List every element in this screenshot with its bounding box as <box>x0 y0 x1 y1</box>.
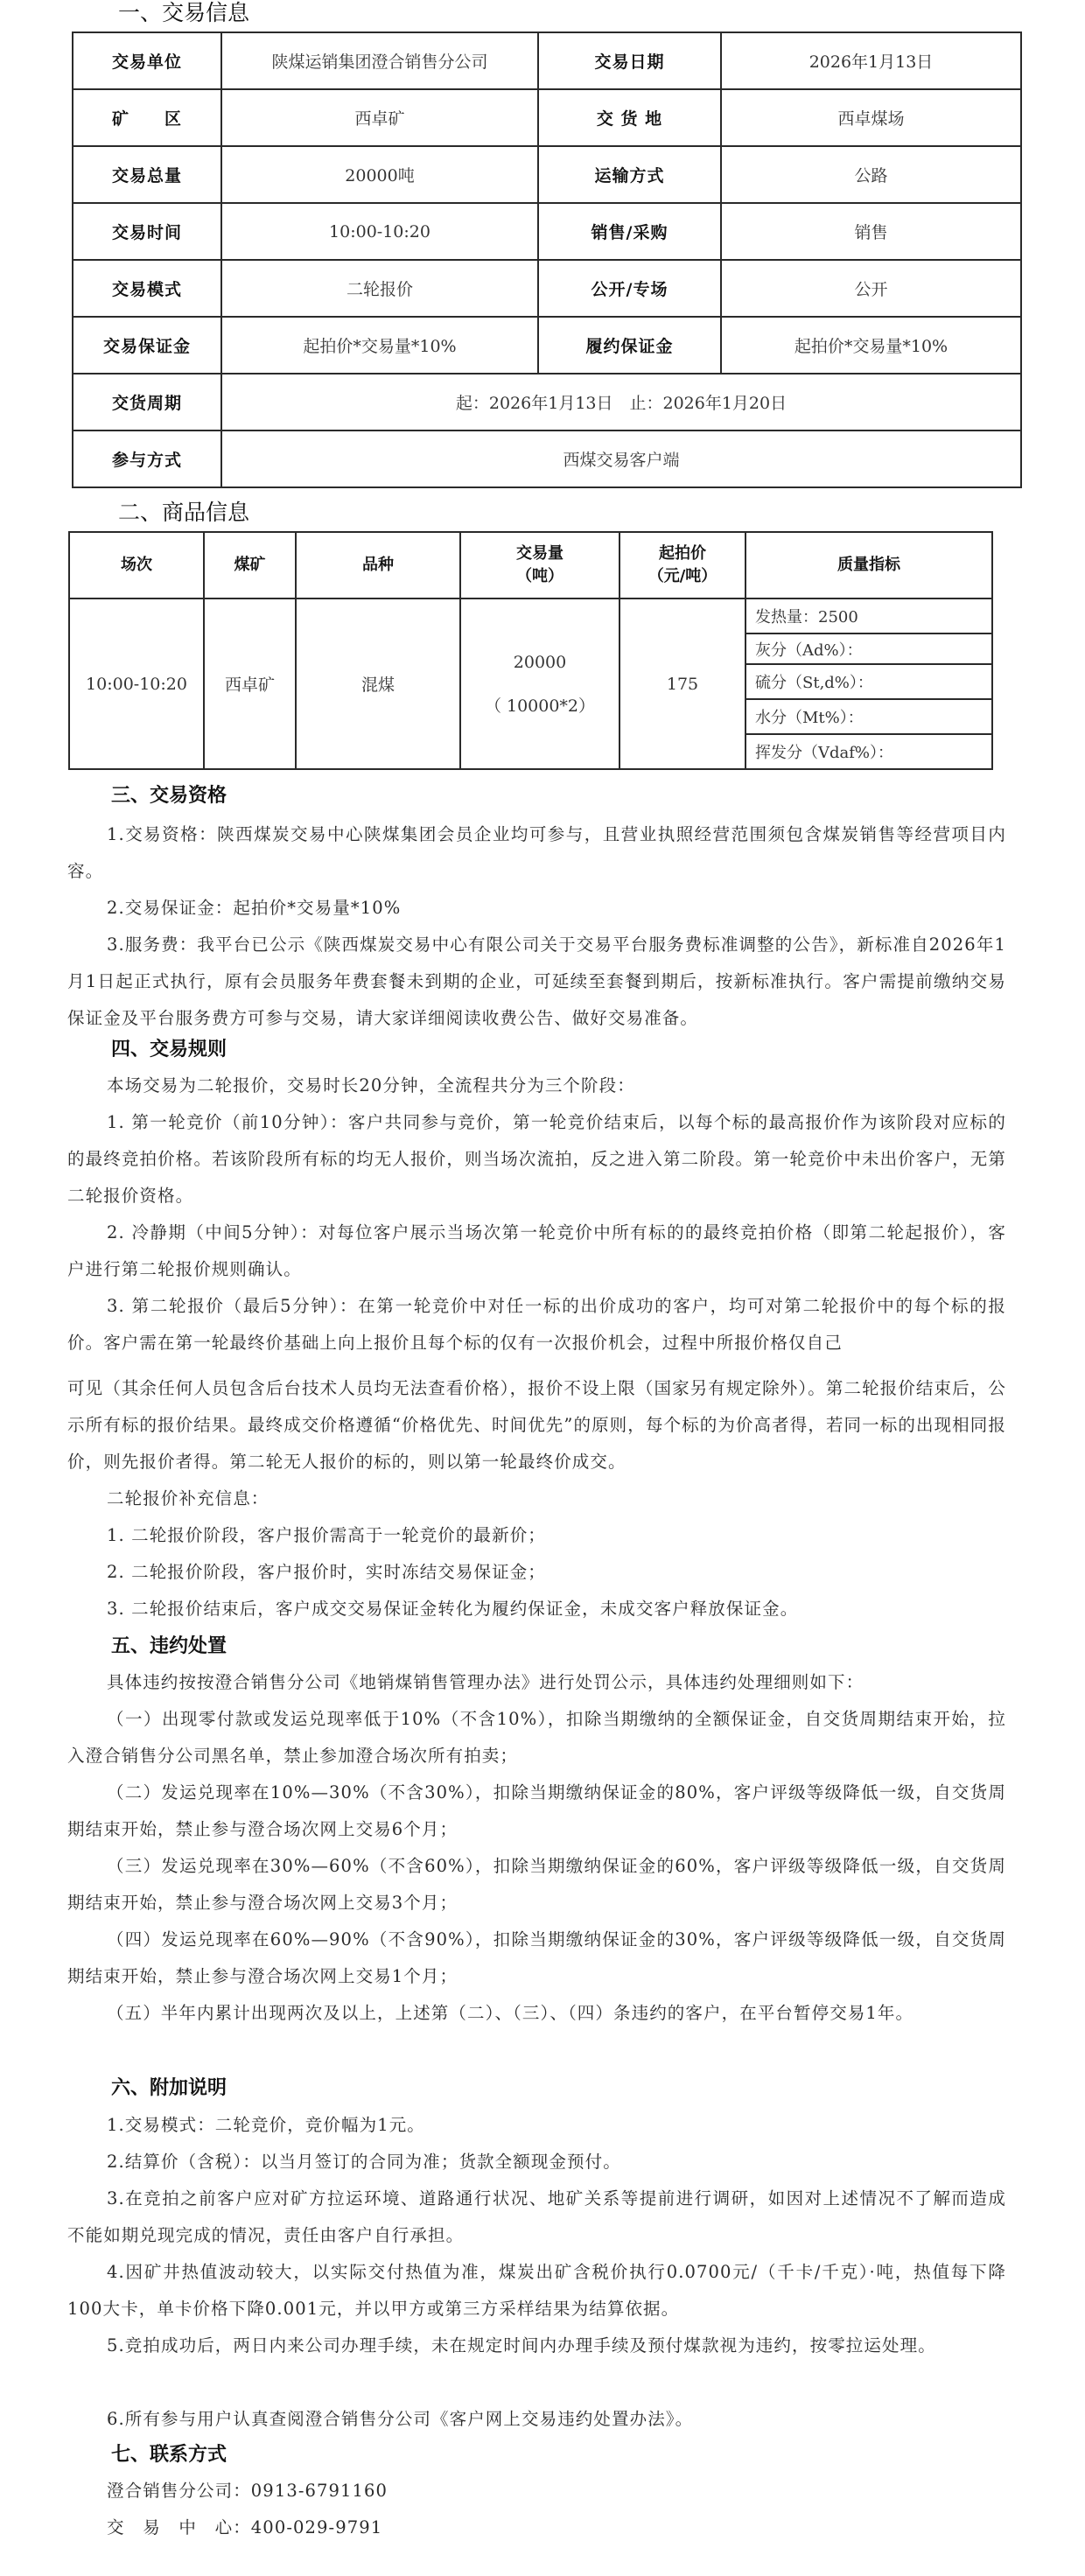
contact-trade-center-phone: 交 易 中 心：400-029-9791 <box>67 2509 1006 2546</box>
section-title-qualification: 三、交易资格 <box>111 784 227 808</box>
section-title-goods-info: 二、商品信息 <box>118 500 249 526</box>
header-start-price-label: 起拍价 <box>620 542 745 565</box>
quality-moisture: 水分（Mt%）： <box>745 699 992 734</box>
label-performance-deposit: 履约保证金 <box>538 317 721 374</box>
rules-stage-3-part-a: 3. 第二轮报价（最后5分钟）：在第一轮竞价中对任一标的出价成功的客户，均可对第… <box>67 1288 1006 1361</box>
label-trade-mode: 交易模式 <box>73 260 221 317</box>
header-volume-unit: （吨） <box>461 565 619 588</box>
header-session: 场次 <box>69 532 204 598</box>
label-transport-mode: 运输方式 <box>538 146 721 203</box>
rules-stage-1: 1. 第一轮竞价（前10分钟）：客户共同参与竞价，第一轮竞价结束后，以每个标的最… <box>67 1104 1006 1214</box>
breach-item-1: （一）出现零付款或发运兑现率低于10%（不含10%），扣除当期缴纳的全额保证金，… <box>67 1701 1006 1774</box>
section-title-trade-info: 一、交易信息 <box>118 0 249 26</box>
cell-session: 10:00-10:20 <box>69 598 204 769</box>
rules-intro: 本场交易为二轮报价，交易时长20分钟，全流程共分为三个阶段： <box>67 1067 1006 1104</box>
breach-item-4: （四）发运兑现率在60%—90%（不含90%），扣除当期缴纳保证金的30%，客户… <box>67 1921 1006 1995</box>
label-delivery-place: 交 货 地 <box>538 89 721 146</box>
quality-volatile: 挥发分（Vdaf%）： <box>745 734 992 769</box>
value-transport-mode: 公路 <box>721 146 1021 203</box>
header-start-price-unit: （元/吨） <box>620 565 745 588</box>
value-trade-mode: 二轮报价 <box>221 260 538 317</box>
table-row: 交易时间 10:00-10:20 销售/采购 销售 <box>73 203 1021 260</box>
header-start-price: 起拍价 （元/吨） <box>619 532 745 598</box>
rules-supplement-title: 二轮报价补充信息： <box>67 1480 1006 1517</box>
cell-variety: 混煤 <box>296 598 460 769</box>
value-sale-purchase: 销售 <box>721 203 1021 260</box>
volume-value: 20000 <box>461 640 619 684</box>
table-row: 交易单位 陕煤运销集团澄合销售分公司 交易日期 2026年1月13日 <box>73 32 1021 89</box>
label-sale-purchase: 销售/采购 <box>538 203 721 260</box>
qualification-item-2: 2.交易保证金：起拍价*交易量*10% <box>67 890 1006 927</box>
value-participation: 西煤交易客户端 <box>221 430 1021 487</box>
label-mine-area: 矿 区 <box>73 89 221 146</box>
header-quality: 质量指标 <box>745 532 992 598</box>
breach-item-3: （三）发运兑现率在30%—60%（不含60%），扣除当期缴纳保证金的60%，客户… <box>67 1848 1006 1921</box>
value-public-private: 公开 <box>721 260 1021 317</box>
breach-item-5: （五）半年内累计出现两次及以上，上述第（二）、（三）、（四）条违约的客户，在平台… <box>67 1995 1006 2032</box>
cell-start-price: 175 <box>619 598 745 769</box>
quality-calorific: 发热量：2500 <box>745 598 992 633</box>
value-trade-unit: 陕煤运销集团澄合销售分公司 <box>221 32 538 89</box>
label-trade-deposit: 交易保证金 <box>73 317 221 374</box>
value-trade-date: 2026年1月13日 <box>721 32 1021 89</box>
rules-supplement-2: 2. 二轮报价阶段，客户报价时，实时冻结交易保证金； <box>67 1554 1006 1591</box>
trade-info-table: 交易单位 陕煤运销集团澄合销售分公司 交易日期 2026年1月13日 矿 区 西… <box>72 31 1022 488</box>
quality-ash: 灰分（Ad%）： <box>745 633 992 664</box>
header-variety: 品种 <box>296 532 460 598</box>
table-row: 10:00-10:20 西卓矿 混煤 20000 （ 10000*2） 175 … <box>69 598 992 633</box>
rules-supplement-3: 3. 二轮报价结束后，客户成交交易保证金转化为履约保证金，未成交客户释放保证金。 <box>67 1591 1006 1627</box>
value-total-volume: 20000吨 <box>221 146 538 203</box>
label-trade-time: 交易时间 <box>73 203 221 260</box>
table-row: 参与方式 西煤交易客户端 <box>73 430 1021 487</box>
value-performance-deposit: 起拍价*交易量*10% <box>721 317 1021 374</box>
table-row: 矿 区 西卓矿 交 货 地 西卓煤场 <box>73 89 1021 146</box>
label-delivery-period: 交货周期 <box>73 374 221 430</box>
section-title-additional: 六、附加说明 <box>111 2076 227 2101</box>
qualification-item-3: 3.服务费：我平台已公示《陕西煤炭交易中心有限公司关于交易平台服务费标准调整的公… <box>67 927 1006 1037</box>
header-volume: 交易量 （吨） <box>460 532 619 598</box>
cell-volume: 20000 （ 10000*2） <box>460 598 619 769</box>
additional-item-1: 1.交易模式：二轮竞价，竞价幅为1元。 <box>67 2107 1006 2144</box>
value-delivery-period: 起：2026年1月13日 止：2026年1月20日 <box>221 374 1021 430</box>
additional-item-6: 6.所有参与用户认真查阅澄合销售分公司《客户网上交易违约处置办法》。 <box>67 2401 1006 2438</box>
table-row: 交货周期 起：2026年1月13日 止：2026年1月20日 <box>73 374 1021 430</box>
header-volume-label: 交易量 <box>461 542 619 565</box>
value-delivery-place: 西卓煤场 <box>721 89 1021 146</box>
rules-stage-3-part-b: 可见（其余任何人员包含后台技术人员均无法查看价格），报价不设上限（国家另有规定除… <box>67 1370 1006 1480</box>
section-title-contact: 七、联系方式 <box>111 2443 227 2467</box>
contact-branch-phone: 澄合销售分公司：0913-6791160 <box>67 2473 1006 2509</box>
rules-stage-2: 2. 冷静期（中间5分钟）：对每位客户展示当场次第一轮竞价中所有标的的最终竞拍价… <box>67 1214 1006 1288</box>
additional-item-5: 5.竞拍成功后，两日内来公司办理手续，未在规定时间内办理手续及预付煤款视为违约，… <box>67 2327 1006 2364</box>
additional-item-2: 2.结算价（含税）：以当月签订的合同为准；货款全额现金预付。 <box>67 2144 1006 2180</box>
goods-info-table: 场次 煤矿 品种 交易量 （吨） 起拍价 （元/吨） 质量指标 10:00-10… <box>68 531 993 770</box>
volume-detail: （ 10000*2） <box>461 684 619 728</box>
table-header-row: 场次 煤矿 品种 交易量 （吨） 起拍价 （元/吨） 质量指标 <box>69 532 992 598</box>
additional-item-4: 4.因矿井热值波动较大，以实际交付热值为准，煤炭出矿含税价执行0.0700元/（… <box>67 2254 1006 2327</box>
breach-intro: 具体违约按按澄合销售分公司《地销煤销售管理办法》进行处罚公示，具体违约处理细则如… <box>67 1664 1006 1701</box>
label-public-private: 公开/专场 <box>538 260 721 317</box>
section-title-breach: 五、违约处置 <box>111 1634 227 1659</box>
value-trade-deposit: 起拍价*交易量*10% <box>221 317 538 374</box>
value-trade-time: 10:00-10:20 <box>221 203 538 260</box>
table-row: 交易总量 20000吨 运输方式 公路 <box>73 146 1021 203</box>
label-trade-date: 交易日期 <box>538 32 721 89</box>
rules-supplement-1: 1. 二轮报价阶段，客户报价需高于一轮竞价的最新价； <box>67 1517 1006 1554</box>
section-title-rules: 四、交易规则 <box>111 1038 227 1062</box>
label-trade-unit: 交易单位 <box>73 32 221 89</box>
quality-sulfur: 硫分（St,d%）： <box>745 664 992 699</box>
label-total-volume: 交易总量 <box>73 146 221 203</box>
breach-item-2: （二）发运兑现率在10%—30%（不含30%），扣除当期缴纳保证金的80%，客户… <box>67 1774 1006 1848</box>
qualification-item-1: 1.交易资格：陕西煤炭交易中心陕煤集团会员企业均可参与，且营业执照经营范围须包含… <box>67 816 1006 890</box>
table-row: 交易模式 二轮报价 公开/专场 公开 <box>73 260 1021 317</box>
table-row: 交易保证金 起拍价*交易量*10% 履约保证金 起拍价*交易量*10% <box>73 317 1021 374</box>
cell-mine: 西卓矿 <box>204 598 296 769</box>
header-mine: 煤矿 <box>204 532 296 598</box>
label-participation: 参与方式 <box>73 430 221 487</box>
value-mine-area: 西卓矿 <box>221 89 538 146</box>
additional-item-3: 3.在竞拍之前客户应对矿方拉运环境、道路通行状况、地矿关系等提前进行调研，如因对… <box>67 2180 1006 2254</box>
